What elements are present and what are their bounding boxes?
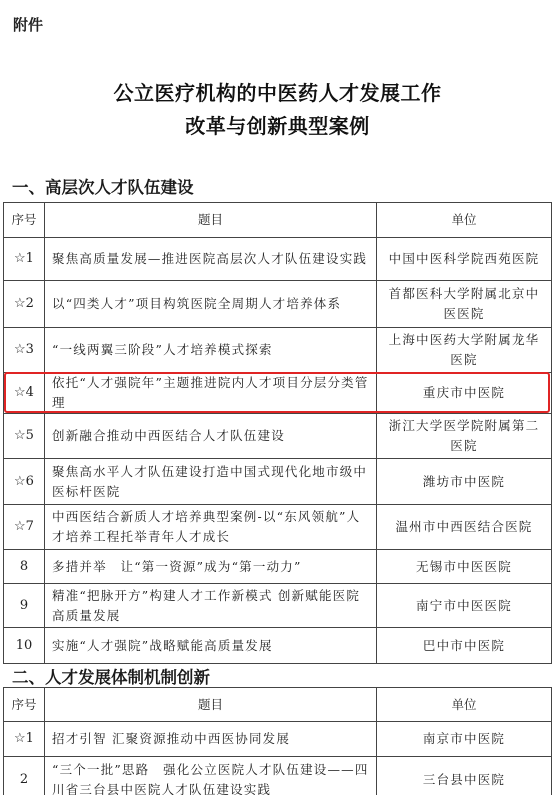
row-topic: 中西医结合新质人才培养典型案例-以“东风领航”人才培养工程托举青年人才成长 — [45, 505, 377, 550]
table-row: 9 精准“把脉开方”构建人才工作新模式 创新赋能医院高质量发展 南宁市中医医院 — [4, 584, 552, 628]
row-num: ☆4 — [4, 373, 45, 414]
document-title-line1: 公立医疗机构的中医药人才发展工作 — [0, 77, 555, 106]
row-num: ☆1 — [4, 722, 45, 757]
header-topic: 题目 — [45, 203, 377, 238]
header-unit: 单位 — [377, 203, 552, 238]
table-row-highlighted: ☆4 依托“人才强院年”主题推进院内人才项目分层分类管理 重庆市中医院 — [4, 373, 552, 414]
cases-table-section-2: 序号 题目 单位 ☆1 招才引智 汇聚资源推动中西医协同发展 南京市中医院 2 … — [3, 687, 552, 795]
header-num: 序号 — [4, 688, 45, 722]
table-row: ☆3 “一线两翼三阶段”人才培养模式探索 上海中医药大学附属龙华医院 — [4, 328, 552, 373]
table-row: 8 多措并举 让“第一资源”成为“第一动力” 无锡市中医医院 — [4, 550, 552, 584]
row-unit: 巴中市中医院 — [377, 628, 552, 664]
attachment-label: 附件 — [13, 14, 43, 35]
section-heading-2: 二、人才发展体制机制创新 — [12, 664, 210, 688]
row-unit: 三台县中医院 — [377, 757, 552, 795]
row-unit: 南宁市中医医院 — [377, 584, 552, 628]
table-row: ☆1 招才引智 汇聚资源推动中西医协同发展 南京市中医院 — [4, 722, 552, 757]
row-topic: 实施“人才强院”战略赋能高质量发展 — [45, 628, 377, 664]
header-num: 序号 — [4, 203, 45, 238]
row-unit: 潍坊市中医院 — [377, 459, 552, 505]
row-num: 2 — [4, 757, 45, 795]
row-unit: 上海中医药大学附属龙华医院 — [377, 328, 552, 373]
row-topic: “三个一批”思路 强化公立医院人才队伍建设——四川省三台县中医院人才队伍建设实践 — [45, 757, 377, 795]
row-unit: 首都医科大学附属北京中医医院 — [377, 281, 552, 328]
row-unit: 浙江大学医学院附属第二医院 — [377, 414, 552, 459]
table-row: 2 “三个一批”思路 强化公立医院人才队伍建设——四川省三台县中医院人才队伍建设… — [4, 757, 552, 795]
row-num: 9 — [4, 584, 45, 628]
row-unit: 重庆市中医院 — [377, 373, 552, 414]
table-row: ☆1 聚焦高质量发展—推进医院高层次人才队伍建设实践 中国中医科学院西苑医院 — [4, 238, 552, 281]
row-topic: 以“四类人才”项目构筑医院全周期人才培养体系 — [45, 281, 377, 328]
row-num: ☆6 — [4, 459, 45, 505]
row-num: ☆2 — [4, 281, 45, 328]
row-unit: 南京市中医院 — [377, 722, 552, 757]
row-num: ☆1 — [4, 238, 45, 281]
row-topic: 多措并举 让“第一资源”成为“第一动力” — [45, 550, 377, 584]
table-row: ☆7 中西医结合新质人才培养典型案例-以“东风领航”人才培养工程托举青年人才成长… — [4, 505, 552, 550]
row-num: ☆5 — [4, 414, 45, 459]
cases-table-section-1: 序号 题目 单位 ☆1 聚焦高质量发展—推进医院高层次人才队伍建设实践 中国中医… — [3, 202, 552, 664]
row-unit: 温州市中西医结合医院 — [377, 505, 552, 550]
row-unit: 中国中医科学院西苑医院 — [377, 238, 552, 281]
header-unit: 单位 — [377, 688, 552, 722]
row-num: ☆3 — [4, 328, 45, 373]
row-topic: 招才引智 汇聚资源推动中西医协同发展 — [45, 722, 377, 757]
section-heading-1: 一、高层次人才队伍建设 — [12, 174, 194, 198]
row-unit: 无锡市中医医院 — [377, 550, 552, 584]
header-topic: 题目 — [45, 688, 377, 722]
table-header-row: 序号 题目 单位 — [4, 203, 552, 238]
table-row: ☆6 聚焦高水平人才队伍建设打造中国式现代化地市级中医标杆医院 潍坊市中医院 — [4, 459, 552, 505]
row-num: 10 — [4, 628, 45, 664]
table-row: ☆5 创新融合推动中西医结合人才队伍建设 浙江大学医学院附属第二医院 — [4, 414, 552, 459]
row-topic: 依托“人才强院年”主题推进院内人才项目分层分类管理 — [45, 373, 377, 414]
table-header-row: 序号 题目 单位 — [4, 688, 552, 722]
row-topic: 创新融合推动中西医结合人才队伍建设 — [45, 414, 377, 459]
table-row: 10 实施“人才强院”战略赋能高质量发展 巴中市中医院 — [4, 628, 552, 664]
row-num: 8 — [4, 550, 45, 584]
document-title-line2: 改革与创新典型案例 — [0, 110, 555, 139]
table-row: ☆2 以“四类人才”项目构筑医院全周期人才培养体系 首都医科大学附属北京中医医院 — [4, 281, 552, 328]
row-topic: 聚焦高水平人才队伍建设打造中国式现代化地市级中医标杆医院 — [45, 459, 377, 505]
row-topic: 精准“把脉开方”构建人才工作新模式 创新赋能医院高质量发展 — [45, 584, 377, 628]
row-topic: “一线两翼三阶段”人才培养模式探索 — [45, 328, 377, 373]
row-topic: 聚焦高质量发展—推进医院高层次人才队伍建设实践 — [45, 238, 377, 281]
row-num: ☆7 — [4, 505, 45, 550]
